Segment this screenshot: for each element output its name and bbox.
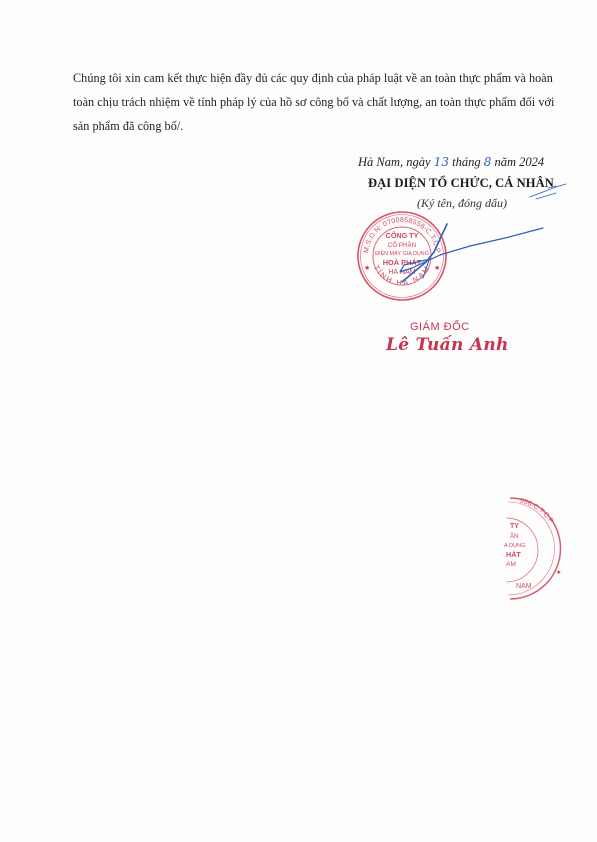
commitment-paragraph: Chúng tôi xin cam kết thực hiện đầy đủ c… — [73, 66, 563, 138]
stamp-star-right: ★ — [434, 264, 440, 272]
paragraph-line: Chúng tôi xin cam kết thực hiện đầy đủ c… — [73, 66, 563, 90]
partial-stamp: 556-C.T.C.P ★ TY ẦN A DỤNG HÁT AM NAM — [470, 496, 570, 601]
partial-stamp-star: ★ — [556, 569, 561, 576]
stamp-line-1: CÔNG TY — [386, 231, 419, 240]
paragraph-line: toàn chịu trách nhiệm về tính pháp lý củ… — [73, 90, 563, 114]
stamp-line-2: CỔ PHẦN — [388, 242, 416, 249]
partial-stamp-line-5: AM — [506, 561, 516, 568]
month-label: tháng — [449, 155, 484, 169]
year-label: năm 2024 — [491, 155, 544, 169]
place-date-prefix: Hà Nam, ngày — [358, 155, 434, 169]
partial-stamp-bottom: NAM — [516, 583, 532, 590]
document-page: Chúng tôi xin cam kết thực hiện đầy đủ c… — [0, 0, 597, 842]
partial-stamp-ring: 556-C.T.C.P — [519, 498, 555, 525]
stamp-line-5: HÀ NAM — [388, 267, 415, 276]
place-date-line: Hà Nam, ngày 13 tháng 8 năm 2024 — [358, 155, 544, 170]
director-title: GIÁM ĐỐC — [410, 321, 470, 333]
partial-stamp-line-4: HÁT — [506, 550, 521, 559]
partial-stamp-line-3: A DỤNG — [504, 543, 525, 549]
svg-text:556-C.T.C.P: 556-C.T.C.P — [519, 498, 555, 525]
partial-stamp-line-1: TY — [510, 523, 519, 530]
representative-title: ĐẠI DIỆN TỔ CHỨC, CÁ NHÂN — [368, 176, 554, 191]
company-stamp: M.S.D.N: 0700858556-C.T.C.P TỈNH HÀ NAM … — [356, 210, 448, 302]
stamp-line-3: ĐIỆN MÁY GIA DỤNG — [375, 249, 429, 257]
paragraph-line: sản phẩm đã công bố/. — [73, 114, 563, 138]
director-name: Lê Tuấn Anh — [386, 335, 509, 355]
sign-note: (Ký tên, đóng dấu) — [417, 196, 507, 211]
partial-stamp-line-2: ẦN — [510, 533, 519, 540]
stamp-star-left: ★ — [364, 264, 370, 272]
handwritten-day: 13 — [434, 155, 449, 169]
stamp-line-4: HOÀ PHÁT — [383, 258, 422, 267]
